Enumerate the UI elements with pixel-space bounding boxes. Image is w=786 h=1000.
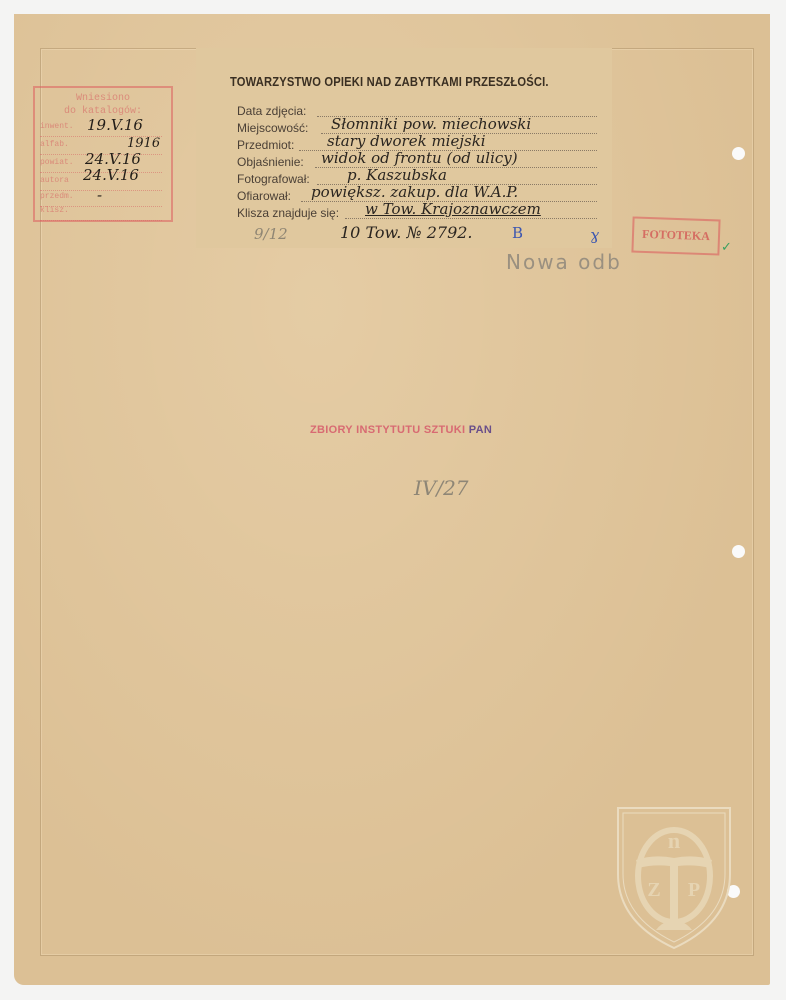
punch-hole-middle <box>732 545 745 558</box>
stamp-date-inwent: 19.V.16 <box>87 116 143 134</box>
field-label: Ofiarował: <box>237 189 291 203</box>
field-value: Słomniki pow. miechowski <box>331 115 531 133</box>
stamp-row-label: inwent. <box>40 122 74 131</box>
field-value: powiększ. zakup. dla W.A.P. <box>311 183 518 201</box>
svg-text:n: n <box>668 828 680 853</box>
stamp-row-label: autora <box>40 176 69 185</box>
stamp-mark-przedm: - <box>97 186 102 204</box>
note-blue-mark: ɣ <box>590 226 599 244</box>
stamp-row-label: przedm. <box>40 192 74 201</box>
note-fraction: 9/12 <box>254 225 288 243</box>
pencil-note: Nowa odb <box>506 250 622 274</box>
shelf-mark: IV/27 <box>414 476 469 500</box>
field-label: Przedmiot: <box>237 138 294 152</box>
stamp-row-label: powiat. <box>40 158 74 167</box>
card-title: TOWARZYSTWO OPIEKI NAD ZABYTKAMI PRZESZŁ… <box>230 74 549 89</box>
svg-text:Z: Z <box>647 879 660 901</box>
note-negative-number: 10 Tow. № 2792. <box>340 223 473 243</box>
fototeka-stamp: FOTOTEKA <box>631 216 720 255</box>
note-suffix-blue: B <box>512 224 523 242</box>
field-klisza: Klisza znajduje się: w Tow. Krajoznawcze… <box>237 206 597 223</box>
stamp-row-label: klisz. <box>40 206 69 215</box>
svg-text:P: P <box>688 879 700 901</box>
field-value: w Tow. Krajoznawczem <box>365 200 541 218</box>
field-label: Data zdjęcia: <box>237 104 306 118</box>
field-label: Objaśnienie: <box>237 155 304 169</box>
stamp-heading-1: Wniesiono <box>35 93 171 104</box>
stamp-date-autora: 24.V.16 <box>83 166 139 184</box>
check-mark-icon: ✓ <box>721 240 732 255</box>
field-value: p. Kaszubska <box>347 166 447 184</box>
field-value: widok od frontu (od ulicy) <box>321 149 518 167</box>
catalog-stamp: Wniesiono do katalogów: inwent. alfab. p… <box>33 86 173 222</box>
field-label: Miejscowość: <box>237 121 308 135</box>
society-label-card: TOWARZYSTWO OPIEKI NAD ZABYTKAMI PRZESZŁ… <box>196 48 612 248</box>
punch-hole-top <box>732 147 745 160</box>
field-label: Klisza znajduje się: <box>237 206 339 220</box>
stamp-row-label: alfab. <box>40 140 69 149</box>
field-label: Fotografował: <box>237 172 310 186</box>
collection-stamp: ZBIORY INSTYTUTU SZTUKI PAN <box>310 424 492 436</box>
watermark-shield-icon: n Z P <box>614 804 734 950</box>
stamp-date-alfab: 1916 <box>127 136 160 151</box>
field-value: stary dworek miejski <box>327 132 486 150</box>
